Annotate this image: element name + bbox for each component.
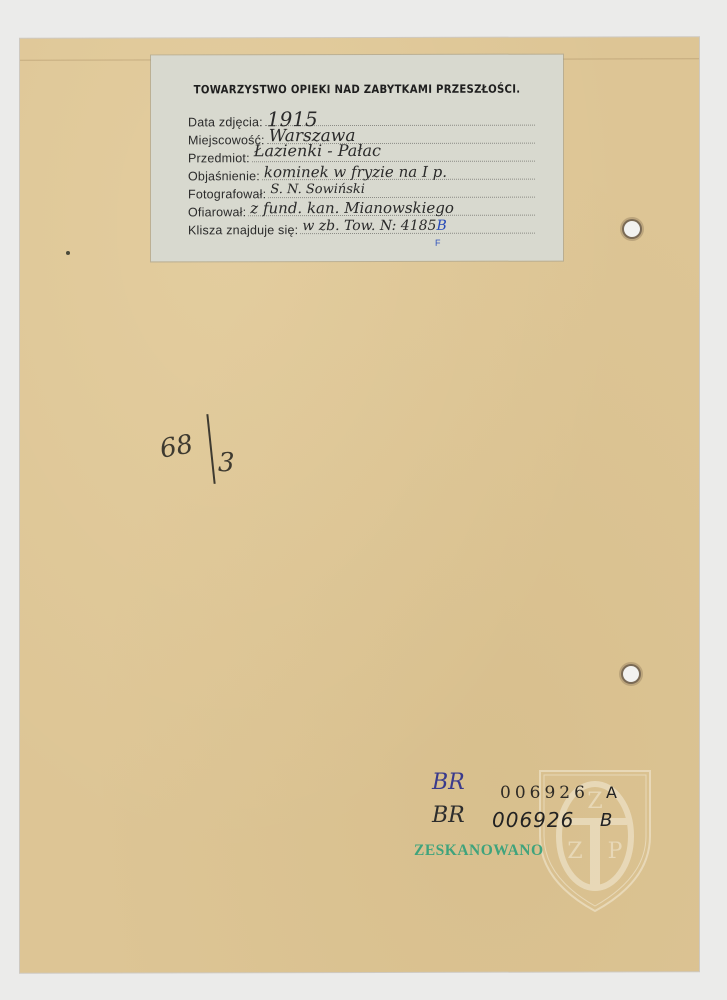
- svg-text:P: P: [608, 839, 623, 864]
- shelfmark-denominator: 3: [218, 448, 235, 478]
- field-label: Data zdjęcia:: [188, 115, 263, 129]
- negative-suffix: B: [436, 218, 446, 234]
- inventory-letter-b: B: [600, 810, 612, 831]
- society-label: TOWARZYSTWO OPIEKI NAD ZABYTKAMI PRZESZŁ…: [151, 55, 563, 262]
- inventory-number-a: 006926: [500, 783, 589, 803]
- field-label: Przedmiot:: [188, 151, 250, 165]
- svg-text:Z: Z: [567, 839, 582, 864]
- field-value: w zb. Tow. N: 4185B: [300, 219, 535, 234]
- handwritten-value: S. N. Sowiński: [270, 182, 365, 198]
- handwritten-value: Łazienki - Pałac: [254, 143, 381, 159]
- blue-f-mark: F: [435, 238, 441, 248]
- ink-dot: [66, 251, 70, 255]
- handwritten-value: z fund. kan. Mianowskiego: [250, 200, 454, 216]
- label-title: TOWARZYSTWO OPIEKI NAD ZABYTKAMI PRZESZŁ…: [176, 82, 539, 97]
- shelfmark-numerator: 68: [158, 429, 196, 464]
- negative-number: w zb. Tow. N: 4185: [302, 218, 436, 234]
- field-description: Objaśnienie: kominek w fryzie na I p.: [188, 165, 535, 184]
- inventory-letter-a: A: [606, 783, 617, 802]
- handwritten-value: 1915: [267, 111, 318, 127]
- inventory-prefix-b: BR: [432, 803, 465, 828]
- handwritten-value: kominek w fryzie na I p.: [264, 164, 447, 180]
- field-negative-location: Klisza znajduje się: w zb. Tow. N: 4185B: [188, 219, 535, 238]
- field-value: kominek w fryzie na I p.: [262, 165, 535, 181]
- field-value: 1915: [265, 111, 535, 127]
- field-label: Objaśnienie:: [188, 169, 260, 183]
- inventory-prefix-a: BR: [432, 770, 465, 795]
- field-label: Ofiarował:: [188, 205, 246, 219]
- scanned-stamp: ZESKANOWANO: [414, 842, 544, 860]
- punch-hole-top: [624, 221, 640, 237]
- inventory-number-b: 006926: [492, 808, 574, 832]
- field-value: Łazienki - Pałac: [252, 147, 535, 163]
- field-label: Klisza znajduje się:: [188, 223, 298, 237]
- field-date: Data zdjęcia: 1915: [188, 111, 535, 130]
- handwritten-value: w zb. Tow. N: 4185B: [302, 218, 446, 234]
- field-donor: Ofiarował: z fund. kan. Mianowskiego: [188, 201, 535, 220]
- field-value: S. N. Sowiński: [268, 183, 535, 199]
- punch-hole-bottom: [623, 666, 639, 682]
- field-value: z fund. kan. Mianowskiego: [248, 201, 535, 217]
